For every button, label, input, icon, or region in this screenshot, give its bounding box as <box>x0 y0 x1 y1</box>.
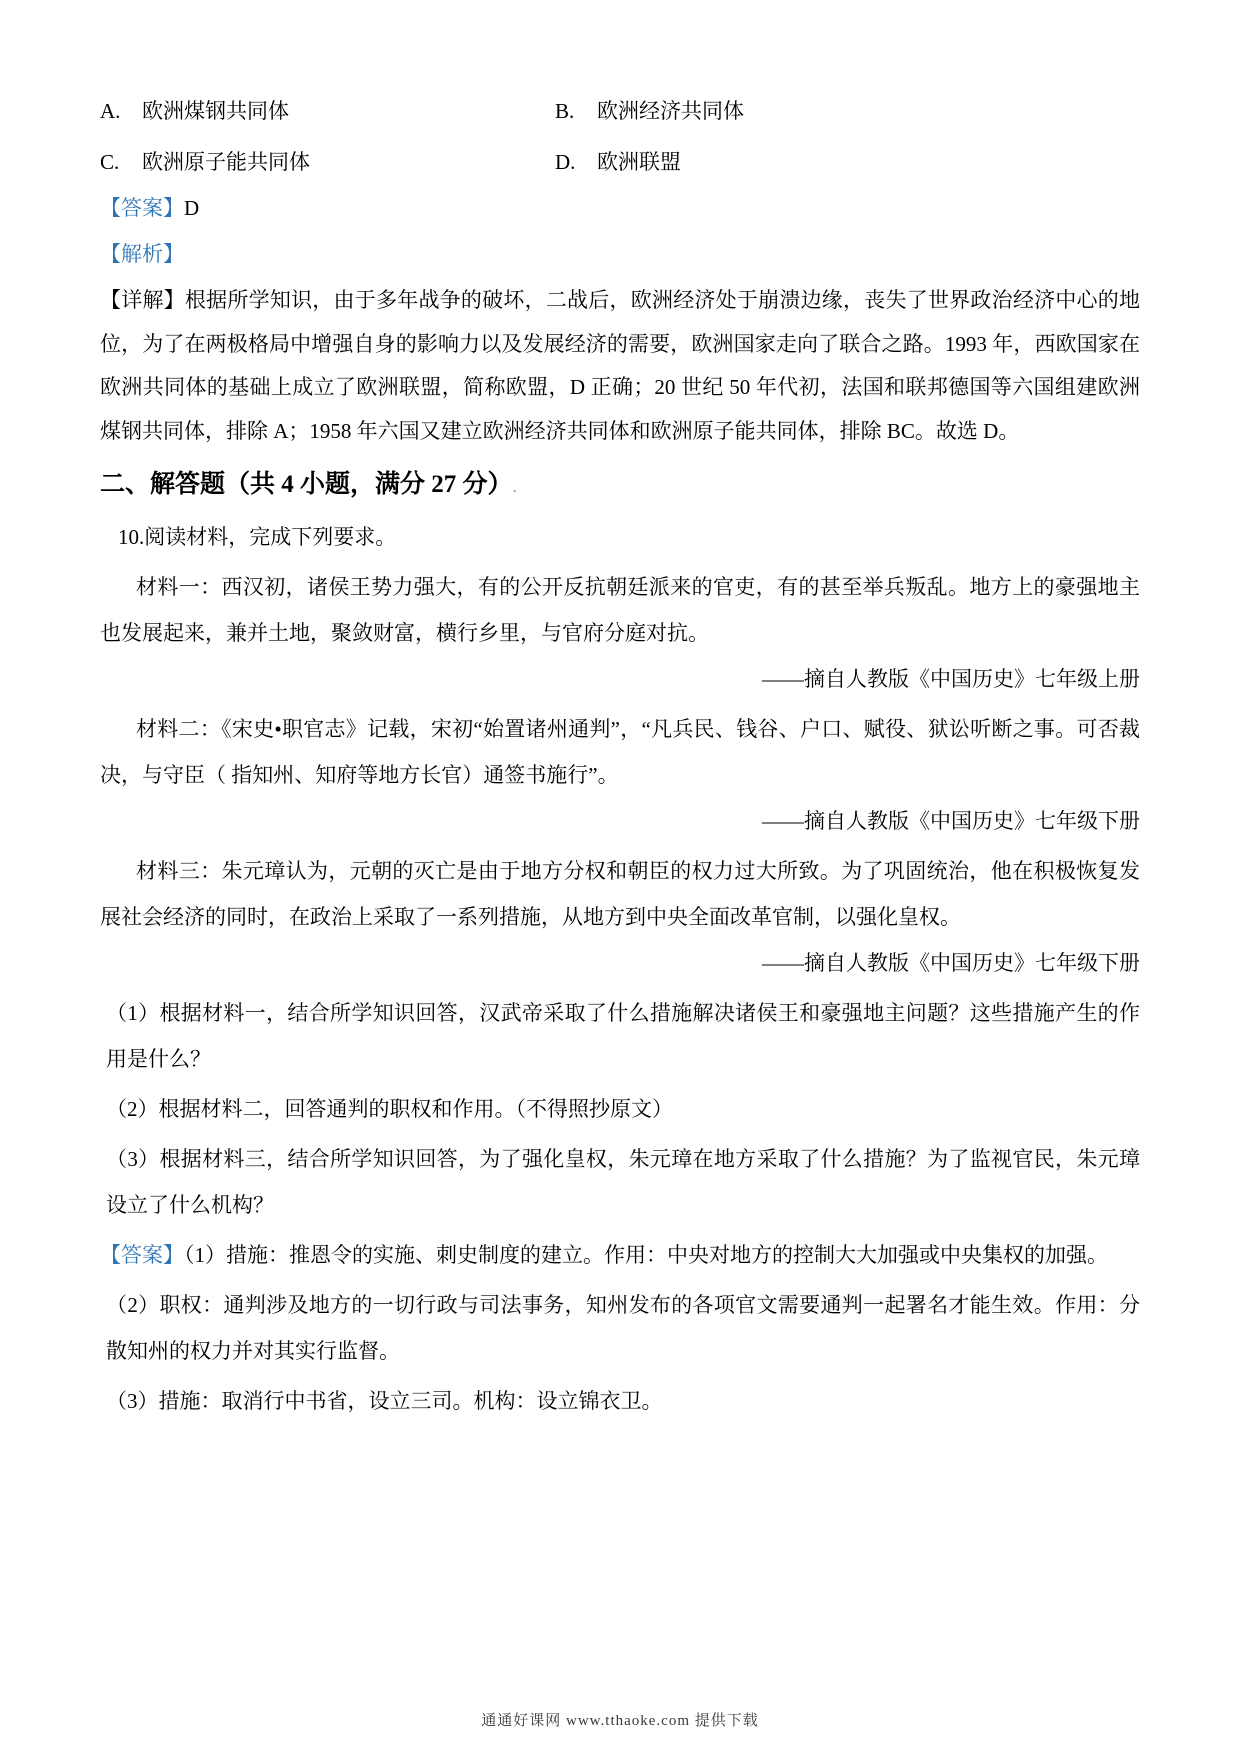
option-c: C.欧洲原子能共同体 <box>100 139 555 185</box>
answer-line-q9: 【答案】D <box>100 185 1140 231</box>
option-a-text: 欧洲煤钢共同体 <box>142 99 289 123</box>
exam-document-page: A.欧洲煤钢共同体 B.欧洲经济共同体 C.欧洲原子能共同体 D.欧洲联盟 【答… <box>0 0 1240 1754</box>
options-row-1: A.欧洲煤钢共同体 B.欧洲经济共同体 <box>100 88 1140 134</box>
option-d-text: 欧洲联盟 <box>597 150 681 174</box>
material-2-source: ——摘自人教版《中国历史》七年级下册 <box>100 798 1140 844</box>
option-b-text: 欧洲经济共同体 <box>597 99 744 123</box>
answer-q10-part1: 【答案】（1）措施：推恩令的实施、刺史制度的建立。作用：中央对地方的控制大大加强… <box>100 1232 1140 1278</box>
answer-q10-part1-text: （1）措施：推恩令的实施、刺史制度的建立。作用：中央对地方的控制大大加强或中央集… <box>184 1243 1108 1267</box>
answer-q10-part2: （2）职权：通判涉及地方的一切行政与司法事务，知州发布的各项官文需要通判一起署名… <box>100 1282 1140 1374</box>
option-a: A.欧洲煤钢共同体 <box>100 88 555 134</box>
question-10-1: （1）根据材料一，结合所学知识回答，汉武帝采取了什么措施解决诸侯王和豪强地主问题… <box>100 990 1140 1082</box>
heading-trailing-dot: . <box>513 476 518 496</box>
material-2-paragraph: 材料二：《宋史•职官志》记载，宋初“始置诸州通判”，“凡兵民、钱谷、户口、赋役、… <box>100 706 1140 798</box>
material-1-paragraph: 材料一：西汉初，诸侯王势力强大，有的公开反抗朝廷派来的官吏，有的甚至举兵叛乱。地… <box>100 564 1140 656</box>
option-b-label: B. <box>555 88 597 134</box>
option-c-text: 欧洲原子能共同体 <box>142 150 310 174</box>
detail-marker: 【详解】 <box>100 288 185 312</box>
answer-q10-part3: （3）措施：取消行中书省，设立三司。机构：设立锦衣卫。 <box>100 1378 1140 1424</box>
option-a-label: A. <box>100 88 142 134</box>
answer-marker: 【答案】 <box>100 196 184 220</box>
option-b: B.欧洲经济共同体 <box>555 88 744 134</box>
section-heading-text: 二、解答题（共 4 小题，满分 27 分） <box>100 471 513 498</box>
answer-value: D <box>184 196 199 220</box>
detail-paragraph: 【详解】根据所学知识，由于多年战争的破坏，二战后，欧洲经济处于崩溃边缘，丧失了世… <box>100 279 1140 453</box>
option-d: D.欧洲联盟 <box>555 139 681 185</box>
question-10-3: （3）根据材料三，结合所学知识回答，为了强化皇权，朱元璋在地方采取了什么措施？为… <box>100 1136 1140 1228</box>
detail-text: 根据所学知识，由于多年战争的破坏，二战后，欧洲经济处于崩溃边缘，丧失了世界政治经… <box>100 288 1140 443</box>
analysis-line: 【解析】 <box>100 231 1140 277</box>
option-c-label: C. <box>100 139 142 185</box>
option-d-label: D. <box>555 139 597 185</box>
answer-marker-q10: 【答案】 <box>100 1243 184 1267</box>
material-3-paragraph: 材料三：朱元璋认为，元朝的灭亡是由于地方分权和朝臣的权力过大所致。为了巩固统治，… <box>100 848 1140 940</box>
question-10-intro: 10.阅读材料，完成下列要求。 <box>100 514 1140 560</box>
question-10-2: （2）根据材料二，回答通判的职权和作用。（不得照抄原文） <box>100 1086 1140 1132</box>
footer-site-credit: 通通好课网 www.tthaoke.com 提供下载 <box>0 1709 1240 1730</box>
section-heading: 二、解答题（共 4 小题，满分 27 分）. <box>100 463 1140 508</box>
options-row-2: C.欧洲原子能共同体 D.欧洲联盟 <box>100 139 1140 185</box>
analysis-marker: 【解析】 <box>100 242 184 266</box>
material-1-source: ——摘自人教版《中国历史》七年级上册 <box>100 656 1140 702</box>
material-3-source: ——摘自人教版《中国历史》七年级下册 <box>100 940 1140 986</box>
